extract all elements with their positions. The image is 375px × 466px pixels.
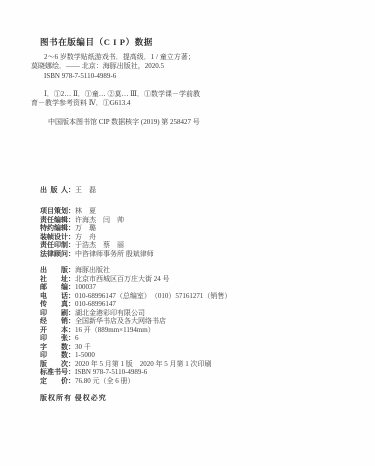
field-value: 于浩杰 蔡 丽 (75, 241, 124, 249)
staff-row: 特约编辑：万 璐 (40, 224, 154, 233)
field-value: 6 (75, 334, 79, 342)
field-value: 100037 (75, 283, 96, 291)
cip-classification-line: Ⅰ．①2… Ⅱ．①童… ②莫… Ⅲ．①数学课－学前教 (31, 90, 343, 99)
field-value: 中咨律师事务所 殷斌律师 (75, 250, 154, 258)
colon: ： (68, 360, 75, 368)
field-value: 万 璐 (75, 224, 96, 232)
staff-list: 项目策划：林 夏责任编辑：许海杰 闫 帅特约编辑：万 璐装帧设计：方 舟责任印制… (40, 207, 154, 259)
colon: ： (68, 317, 75, 325)
imprint-row: 电话：010-68996147（总编室） （010）57161271（销售） (40, 292, 231, 301)
field-value: 76.80 元（全 6 册） (75, 377, 135, 385)
cip-record-number: 中国版本图书馆 CIP 数据核字 (2019) 第 258427 号 (48, 117, 200, 127)
imprint-row: 字数：30 千 (40, 343, 231, 352)
field-label: 印张 (40, 334, 68, 343)
field-label: 出版 (40, 266, 68, 275)
field-value: 北京市西城区百万庄大街 24 号 (75, 275, 170, 283)
imprint-row: 传真：010-68996147 (40, 300, 231, 309)
colon: ： (68, 216, 75, 224)
copyright-notice: 版权所有 侵权必究 (40, 393, 107, 403)
cip-isbn-line: ISBN 978-7-5110-4989-6 (31, 72, 343, 81)
imprint-row: 标准书号：ISBN 978-7-5110-4989-6 (40, 368, 231, 377)
cip-description: 2～6 岁数学贴纸游戏书．提高级．1 / 童立方著； 莫晓娜绘．—— 北京：海豚… (31, 53, 343, 81)
colon: ： (68, 309, 75, 317)
copyright-page: 图书在版编目（C I P）数据 2～6 岁数学贴纸游戏书．提高级．1 / 童立方… (0, 0, 375, 466)
field-label: 印刷 (40, 309, 68, 318)
field-value: 许海杰 闫 帅 (75, 216, 124, 224)
colon: ： (68, 334, 75, 342)
colon: ： (68, 377, 75, 385)
field-label: 责任印制 (40, 241, 68, 250)
cip-description-line: 2～6 岁数学贴纸游戏书．提高级．1 / 童立方著； (31, 53, 343, 62)
field-value: 湖北金港彩印有限公司 (75, 309, 145, 317)
field-label: 责任编辑 (40, 216, 68, 225)
cip-description-line: 莫晓娜绘．—— 北京：海豚出版社，2020.5 (31, 62, 343, 71)
field-value: 全国新华书店及各大网络书店 (75, 317, 166, 325)
field-label: 特约编辑 (40, 224, 68, 233)
imprint-row: 印数：1-5000 (40, 351, 231, 360)
imprint-list: 出版：海豚出版社社址：北京市西城区百万庄大街 24 号邮编：100037电话：0… (40, 266, 231, 385)
field-label: 开本 (40, 326, 68, 335)
colon: ： (68, 368, 75, 376)
field-label: 印数 (40, 351, 68, 360)
staff-row: 法律顾问：中咨律师事务所 殷斌律师 (40, 250, 154, 259)
field-label: 传真 (40, 300, 68, 309)
colon: ： (68, 351, 75, 359)
field-value: 1-5000 (75, 351, 95, 359)
staff-row: 责任编辑：许海杰 闫 帅 (40, 216, 154, 225)
colon: ： (68, 266, 75, 274)
field-label: 出版人 (40, 186, 68, 195)
colon: ： (68, 300, 75, 308)
colon: ： (68, 233, 75, 241)
staff-row: 项目策划：林 夏 (40, 207, 154, 216)
field-label: 项目策划 (40, 207, 68, 216)
colon: ： (68, 283, 75, 291)
colon: ： (68, 224, 75, 232)
field-value: 林 夏 (75, 207, 96, 215)
imprint-row: 经销：全国新华书店及各大网络书店 (40, 317, 231, 326)
field-label: 标准书号 (40, 368, 68, 377)
colon: ： (68, 207, 75, 215)
colon: ： (68, 241, 75, 249)
field-label: 法律顾问 (40, 250, 68, 259)
imprint-row: 版次：2020 年 5 月第 1 版 2020 年 5 月第 1 次印刷 (40, 360, 231, 369)
field-value: 010-68996147 (75, 300, 116, 308)
imprint-row: 印刷：湖北金港彩印有限公司 (40, 309, 231, 318)
field-label: 邮编 (40, 283, 68, 292)
field-label: 社址 (40, 275, 68, 284)
field-label: 版次 (40, 360, 68, 369)
colon: ： (68, 186, 75, 194)
colon: ： (68, 343, 75, 351)
imprint-row: 出版：海豚出版社 (40, 266, 231, 275)
field-value: 2020 年 5 月第 1 版 2020 年 5 月第 1 次印刷 (75, 360, 212, 368)
imprint-row: 邮编：100037 (40, 283, 231, 292)
publisher-row: 出版人：王 磊 (40, 186, 96, 195)
field-label: 经销 (40, 317, 68, 326)
colon: ： (68, 326, 75, 334)
field-value: 30 千 (75, 343, 91, 351)
imprint-row: 印张：6 (40, 334, 231, 343)
cip-classification: Ⅰ．①2… Ⅱ．①童… ②莫… Ⅲ．①数学课－学前教 育－教学参考资料 Ⅳ．①G… (31, 90, 343, 109)
colon: ： (68, 275, 75, 283)
field-value: 王 磊 (75, 186, 96, 194)
colon: ： (68, 292, 75, 300)
cip-title: 图书在版编目（C I P）数据 (40, 36, 153, 48)
field-value: ISBN 978-7-5110-4989-6 (75, 368, 147, 376)
field-label: 字数 (40, 343, 68, 352)
field-value: 海豚出版社 (75, 266, 110, 274)
colon: ： (68, 250, 75, 258)
cip-classification-line: 育－教学参考资料 Ⅳ．①G613.4 (31, 99, 343, 108)
field-label: 电话 (40, 292, 68, 301)
imprint-row: 定价：76.80 元（全 6 册） (40, 377, 231, 386)
field-value: 16 开（889mm×1194mm） (75, 326, 155, 334)
imprint-row: 社址：北京市西城区百万庄大街 24 号 (40, 275, 231, 284)
field-value: 010-68996147（总编室） （010）57161271（销售） (75, 292, 231, 300)
imprint-row: 开本：16 开（889mm×1194mm） (40, 326, 231, 335)
field-label: 定价 (40, 377, 68, 386)
field-value: 方 舟 (75, 233, 96, 241)
staff-row: 责任印制：于浩杰 蔡 丽 (40, 241, 154, 250)
